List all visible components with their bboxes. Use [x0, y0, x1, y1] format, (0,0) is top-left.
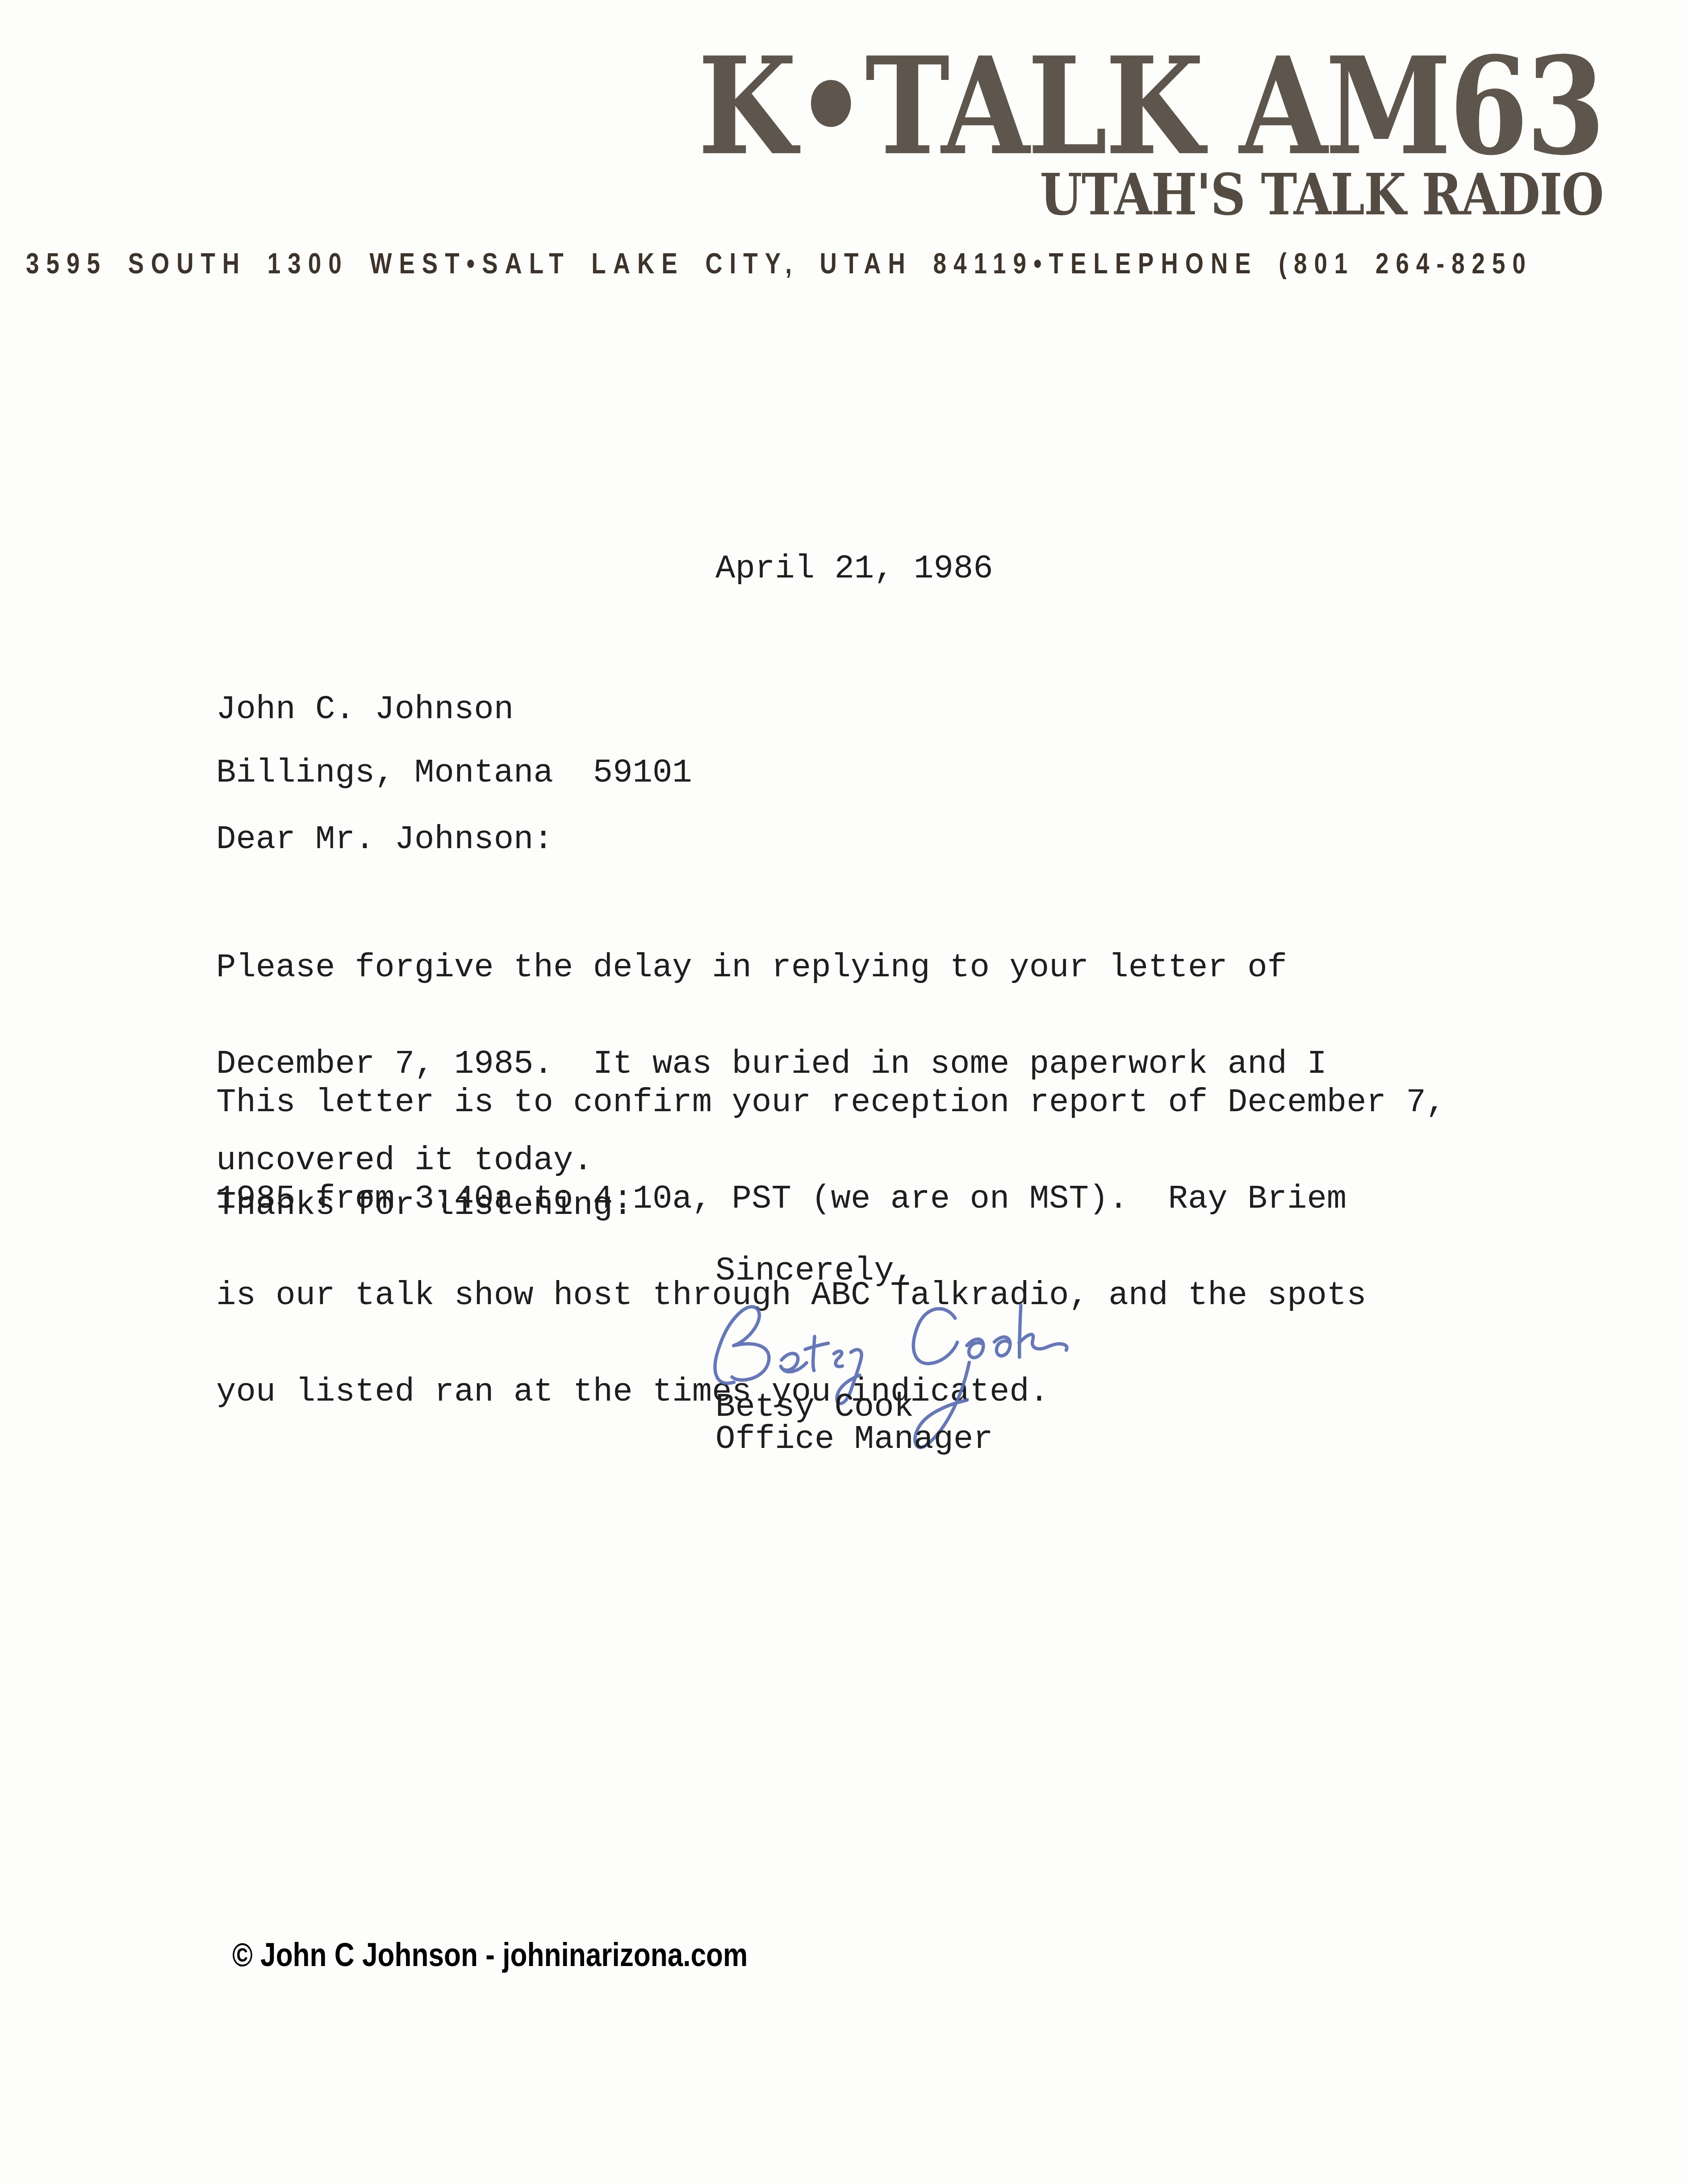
recipient-city-line: Billings, Montana 59101: [216, 757, 692, 789]
signer-title: Office Manager: [715, 1423, 993, 1456]
scanned-letter-page: K•TALK AM63 UTAH'S TALK RADIO 3595 SOUTH…: [0, 0, 1689, 2184]
sign-off: Sincerely,: [715, 1255, 914, 1287]
station-logo: K•TALK AM63: [698, 39, 1603, 173]
paragraph-1-line: Please forgive the delay in replying to …: [216, 952, 1327, 984]
signer-name: Betsy Cook: [715, 1391, 914, 1423]
salutation: Dear Mr. Johnson:: [216, 824, 553, 856]
paragraph-2-line: This letter is to confirm your reception…: [216, 1087, 1446, 1119]
copyright-credit: © John C Johnson - johninarizona.com: [232, 1938, 748, 1971]
station-address-line: 3595 SOUTH 1300 WEST•SALT LAKE CITY, UTA…: [26, 248, 1533, 280]
recipient-name: John C. Johnson: [216, 694, 514, 726]
closing-line: Thanks for listening.: [216, 1189, 633, 1222]
letter-date: April 21, 1986: [715, 553, 993, 585]
station-tagline: UTAH'S TALK RADIO: [1040, 166, 1603, 223]
